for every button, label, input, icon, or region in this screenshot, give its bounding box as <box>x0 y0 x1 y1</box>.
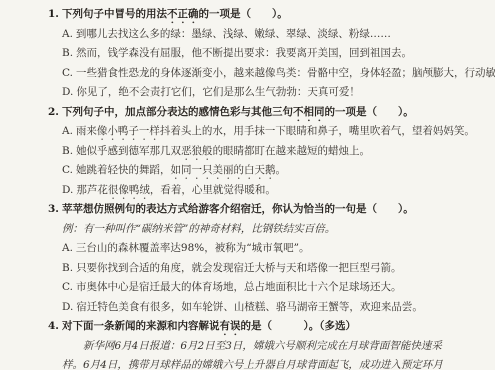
option-label: D. <box>62 301 73 313</box>
question-4: 4.对下面一条新闻的来源和内容解说有误的是（ ）。（多选） 新华网6月4日报道：… <box>48 317 492 370</box>
stem-emphasized-text: 不相同 <box>293 106 325 118</box>
option-text: 她似乎感到德军那几双 <box>76 145 181 157</box>
option-label: B. <box>62 47 73 59</box>
question-1-option-c: C.一些猎食性恐龙的身体逐渐变小，越来越像鸟类：骨骼中空，身体轻盈；脑颅膨大，行… <box>48 64 492 84</box>
option-text: 你见了，绝不会责打它们，它们是那么生气勃勃：天真可爱！ <box>76 86 360 98</box>
question-3-option-b: B.只要你找到合适的角度，就会发现宿迁大桥与天和塔像一把巨型弓箭。 <box>48 259 492 279</box>
question-2: 2.下列句子中，加点部分表达的感情色彩与其他三句不相同的一项是（ ）。 A.雨来… <box>48 103 492 201</box>
option-text: 她跳着轻快的舞蹈， <box>76 164 171 176</box>
option-text: 只要你找到合适的角度，就会发现宿迁大桥与天和塔像一把巨型弓箭。 <box>76 262 402 274</box>
option-text: 雨来 <box>76 125 97 137</box>
question-number: 2. <box>48 106 59 118</box>
stem-text: 的一项是（ ）。 <box>198 8 287 20</box>
news-line-1: 新华网6月4日报道：6月2日至3日，嫦娥六号顺利完成在月球背面智能快速采 <box>48 337 492 357</box>
question-number: 3. <box>48 203 59 215</box>
option-text: 一些猎食性恐龙的身体逐渐变小，越来越像鸟类：骨骼中空，身体轻盈；脑颅膨大，行动敏… <box>76 67 495 79</box>
news-line-2: 样。6月4日，携带月球样品的嫦娥六号上升器自月球背面起飞，成功进入预定环月 <box>48 356 492 370</box>
question-3-option-c: C.市奥体中心是宿迁最大的体育场地，总占地面积比十六个足球场还大。 <box>48 278 492 298</box>
option-text: 到哪儿去找这么多的绿：墨绿、浅绿、嫩绿、翠绿、淡绿、粉绿…… <box>76 28 391 40</box>
question-1-stem: 1.下列句子中冒号的用法不正确的一项是（ ）。 <box>48 5 492 25</box>
question-number: 1. <box>48 8 59 20</box>
option-label: C. <box>62 67 73 79</box>
question-3-example: 例：有一种叫作“碳纳米管”的神奇材料，比钢铁结实百倍。 <box>48 220 492 240</box>
option-label: A. <box>62 125 73 137</box>
question-2-option-c: C.她跳着轻快的舞蹈，如同一只美丽的白天鹅。 <box>48 161 492 181</box>
option-emphasized-text: 很像鸭绒 <box>108 184 150 196</box>
option-text: 宿迁特色美食有很多，如车轮饼、山楂糕、骆马湖帝王蟹等，欢迎来品尝。 <box>76 301 423 313</box>
question-3-stem: 3.苹苹想仿照例句的表达方式给游客介绍宿迁，你认为恰当的一句是（ ）。 <box>48 200 492 220</box>
option-emphasized-text: 恶狼般 <box>181 145 213 157</box>
option-emphasized-text: 像小鸭子一样 <box>97 125 160 137</box>
option-text: 市奥体中心是宿迁最大的体育场地，总占地面积比十六个足球场还大。 <box>76 281 402 293</box>
option-text: 。 <box>276 164 287 176</box>
question-2-stem: 2.下列句子中，加点部分表达的感情色彩与其他三句不相同的一项是（ ）。 <box>48 103 492 123</box>
question-2-option-a: A.雨来像小鸭子一样抖着头上的水，用手抹一下眼睛和鼻子，嘴里吹着气，望着妈妈笑。 <box>48 122 492 142</box>
question-1-option-a: A.到哪儿去找这么多的绿：墨绿、浅绿、嫩绿、翠绿、淡绿、粉绿…… <box>48 25 492 45</box>
option-label: A. <box>62 242 73 254</box>
option-label: B. <box>62 145 73 157</box>
question-number: 4. <box>48 320 59 332</box>
option-label: C. <box>62 164 73 176</box>
option-label: D. <box>62 86 73 98</box>
worksheet-page: 1.下列句子中冒号的用法不正确的一项是（ ）。 A.到哪儿去找这么多的绿：墨绿、… <box>0 0 495 370</box>
question-3-option-d: D.宿迁特色美食有很多，如车轮饼、山楂糕、骆马湖帝王蟹等，欢迎来品尝。 <box>48 298 492 318</box>
question-3: 3.苹苹想仿照例句的表达方式给游客介绍宿迁，你认为恰当的一句是（ ）。 例：有一… <box>48 200 492 317</box>
option-text: 那芦花 <box>76 184 108 196</box>
option-label: D. <box>62 184 73 196</box>
stem-emphasized-text: 有误 <box>219 320 240 332</box>
question-2-option-d: D.那芦花很像鸭绒，看着，心里就觉得暖和。 <box>48 181 492 201</box>
stem-emphasized-text: 不正确 <box>167 8 199 20</box>
option-emphasized-text: 如同一只美丽的白天鹅 <box>171 164 276 176</box>
stem-text: 下列句子中，加点部分表达的感情色彩与其他三句 <box>62 106 293 118</box>
stem-text: 苹苹想仿照例句的表达方式给游客介绍宿迁，你认为恰当的一句是（ ）。 <box>62 203 414 215</box>
option-text: 抖着头上的水，用手抹一下眼睛和鼻子，嘴里吹着气，望着妈妈笑。 <box>160 125 475 137</box>
option-text: ，看着，心里就觉得暖和。 <box>150 184 276 196</box>
question-1-option-d: D.你见了，绝不会责打它们，它们是那么生气勃勃：天真可爱！ <box>48 83 492 103</box>
option-text: 三台山的森林覆盖率达98%，被称为“城市氧吧”。 <box>76 242 310 254</box>
question-2-option-b: B.她似乎感到德军那几双恶狼般的眼睛都盯在越来越短的蜡烛上。 <box>48 142 492 162</box>
option-text: 然而，钱学森没有屈服，他不断提出要求：我要离开美国，回到祖国去。 <box>76 47 412 59</box>
question-1: 1.下列句子中冒号的用法不正确的一项是（ ）。 A.到哪儿去找这么多的绿：墨绿、… <box>48 5 492 103</box>
option-label: A. <box>62 28 73 40</box>
stem-text: 对下面一条新闻的来源和内容解说 <box>62 320 220 332</box>
question-3-option-a: A.三台山的森林覆盖率达98%，被称为“城市氧吧”。 <box>48 239 492 259</box>
question-1-option-b: B.然而，钱学森没有屈服，他不断提出要求：我要离开美国，回到祖国去。 <box>48 44 492 64</box>
option-label: C. <box>62 281 73 293</box>
stem-text: 的是（ ）。（多选） <box>240 320 356 332</box>
stem-text: 的一项是（ ）。 <box>324 106 413 118</box>
question-4-stem: 4.对下面一条新闻的来源和内容解说有误的是（ ）。（多选） <box>48 317 492 337</box>
option-label: B. <box>62 262 73 274</box>
stem-text: 下列句子中冒号的用法 <box>62 8 167 20</box>
option-text: 的眼睛都盯在越来越短的蜡烛上。 <box>213 145 371 157</box>
